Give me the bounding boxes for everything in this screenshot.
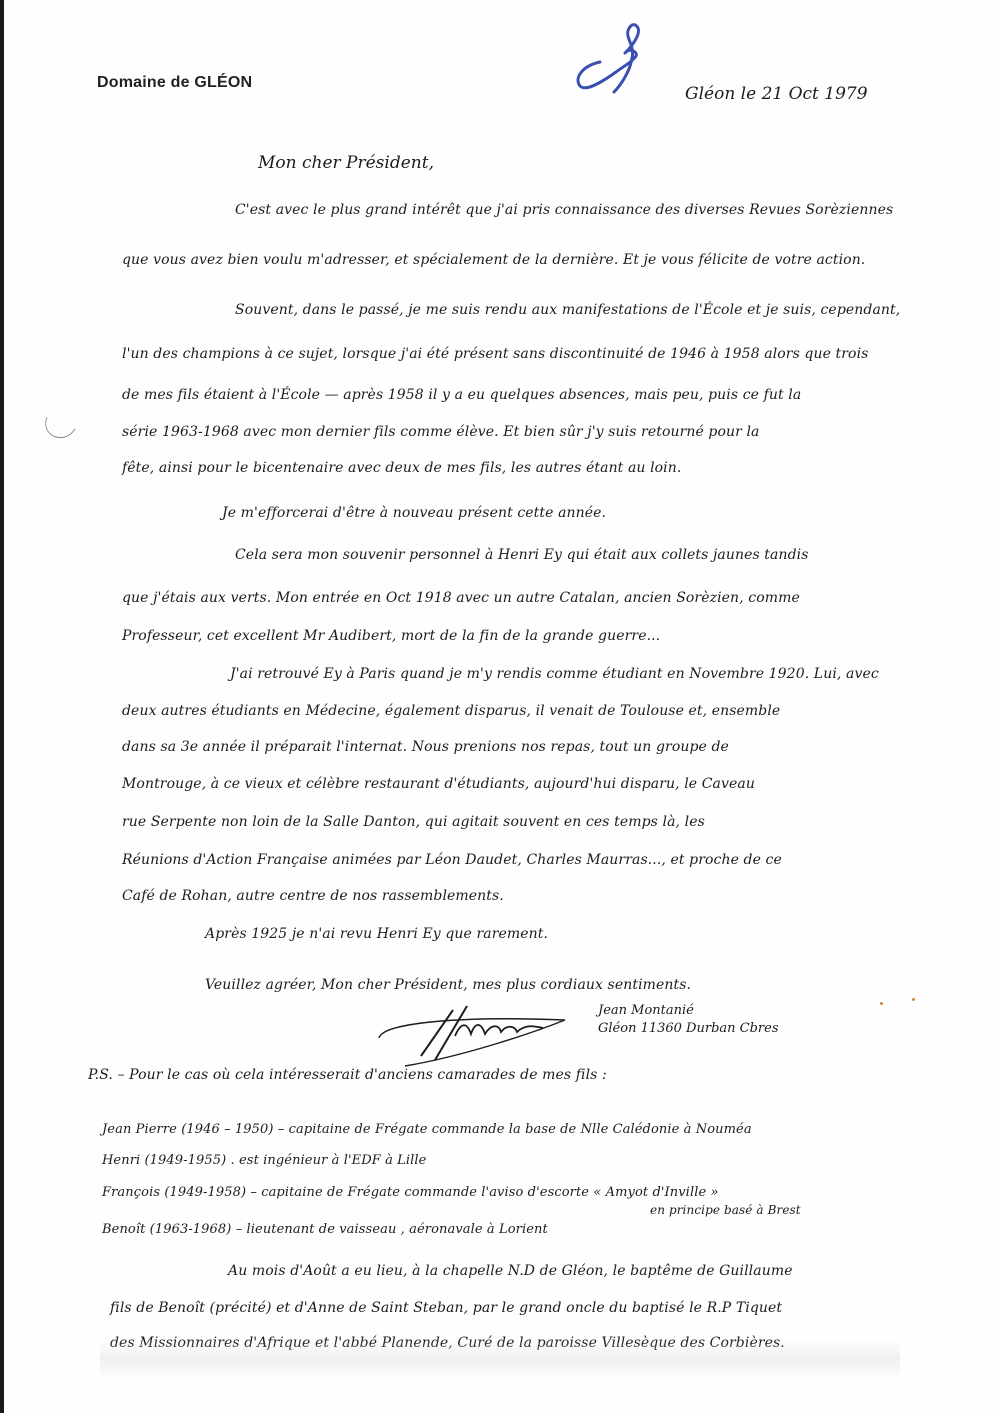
baptism-line: Au mois d'Août a eu lieu, à la chapelle …: [228, 1263, 793, 1279]
letter-date: Gléon le 21 Oct 1979: [685, 84, 868, 104]
paragraph-5-line: J'ai retrouvé Ey à Paris quand je m'y re…: [230, 666, 879, 682]
baptism-line: fils de Benoît (précité) et d'Anne de Sa…: [110, 1300, 782, 1316]
paragraph-6-line: Après 1925 je n'ai revu Henri Ey que rar…: [205, 926, 548, 942]
paragraph-3-line: Je m'efforcerai d'être à nouveau présent…: [222, 505, 606, 521]
paragraph-5-line: Montrouge, à ce vieux et célèbre restaur…: [122, 776, 755, 792]
postscript-son-item: Benoît (1963-1968) – lieutenant de vaiss…: [102, 1222, 548, 1237]
paper-stain: [880, 1002, 883, 1005]
paragraph-5-line: rue Serpente non loin de la Salle Danton…: [122, 814, 705, 830]
paragraph-2-line: fête, ainsi pour le bicentenaire avec de…: [122, 460, 681, 476]
paragraph-2-line: série 1963-1968 avec mon dernier fils co…: [122, 424, 760, 440]
postscript-son-item: Jean Pierre (1946 – 1950) – capitaine de…: [102, 1122, 752, 1137]
paragraph-4-line: que j'étais aux verts. Mon entrée en Oct…: [122, 590, 800, 606]
closing-line: Veuillez agréer, Mon cher Président, mes…: [205, 977, 691, 993]
blue-initial-mark-icon: [572, 22, 652, 94]
paragraph-2-line: de mes fils étaient à l'École — après 19…: [122, 387, 801, 403]
postscript-son-note: en principe basé à Brest: [650, 1203, 801, 1217]
paragraph-5-line: Réunions d'Action Française animées par …: [122, 852, 782, 868]
paragraph-2-line: l'un des champions à ce sujet, lorsque j…: [122, 346, 868, 362]
paper-stain: [912, 998, 915, 1001]
letterhead: Domaine de GLÉON: [97, 74, 252, 92]
postscript-intro: P.S. – Pour le cas où cela intéresserait…: [88, 1067, 607, 1083]
signature-name: Jean Montanié: [598, 1003, 694, 1018]
signature-address: Gléon 11360 Durban Cbres: [598, 1021, 779, 1036]
paragraph-4-line: Professeur, cet excellent Mr Audibert, m…: [122, 628, 660, 644]
paragraph-4-line: Cela sera mon souvenir personnel à Henri…: [235, 547, 809, 563]
paragraph-5-line: deux autres étudiants en Médecine, égale…: [122, 703, 780, 719]
postscript-son-item: François (1949-1958) – capitaine de Frég…: [102, 1185, 719, 1200]
paper-smudge: [100, 1340, 900, 1380]
paragraph-1-line: que vous avez bien voulu m'adresser, et …: [122, 252, 865, 268]
paragraph-1-line: C'est avec le plus grand intérêt que j'a…: [235, 202, 893, 218]
paragraph-5-line: dans sa 3e année il préparait l'internat…: [122, 739, 729, 755]
salutation: Mon cher Président,: [258, 153, 434, 173]
paragraph-5-line: Café de Rohan, autre centre de nos rasse…: [122, 888, 504, 904]
paragraph-2-line: Souvent, dans le passé, je me suis rendu…: [235, 302, 900, 318]
postscript-son-item: Henri (1949-1955) . est ingénieur à l'ED…: [102, 1153, 426, 1168]
handwritten-signature-icon: [375, 1000, 575, 1070]
